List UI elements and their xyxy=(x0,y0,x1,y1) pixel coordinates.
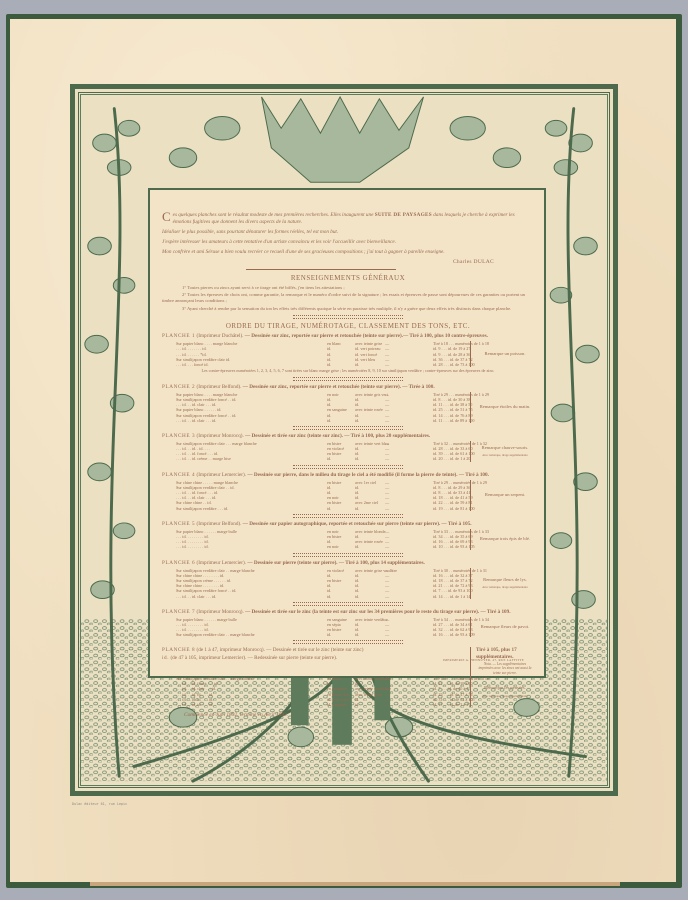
planche-8: PLANCHE 8 (de 1 à 47, imprimeur Monrocq)… xyxy=(162,647,534,707)
table-cell: id. xyxy=(355,362,385,367)
table-cell: . . . id. . . id. clair . . . id. xyxy=(162,594,327,599)
remark: Remarque étoiles du matin. xyxy=(470,392,534,423)
table-cell: id. xyxy=(355,544,385,549)
table-cell: id. xyxy=(327,456,355,461)
table-cell: id. xyxy=(355,594,385,599)
general-item: 3° Ayant cherché à rendre par la sensati… xyxy=(162,306,534,312)
divider xyxy=(293,553,403,557)
publisher-imprint: Dulac éditeur 61, rue Lepic xyxy=(72,802,127,806)
table-row: . . . id. . . . foncé id.id.id.—id. 28 .… xyxy=(162,362,467,367)
divider xyxy=(293,465,403,469)
general-item: 1° Toutes pierres ou zincs ayant servi à… xyxy=(162,285,534,291)
printer-credit: IMPRIMERIE A. HENNUYER, 47, RUE LAFFITTE xyxy=(443,658,524,662)
table-cell: id. 17 . . . id. de 1 à 17 xyxy=(433,702,467,707)
divider xyxy=(246,269,396,270)
table-cell: . . . id. . . id. clair . . . id. xyxy=(162,418,327,423)
table-cell: id. xyxy=(355,456,385,461)
table-cell: — xyxy=(385,594,433,599)
table-cell: id. xyxy=(355,506,385,511)
divider xyxy=(293,377,403,381)
table-cell: id. 16 . . . id. de 93 à 109 xyxy=(433,632,467,637)
planche-heading: PLANCHE 2 (Imprimeur Belfond). — Dessiné… xyxy=(162,384,534,391)
planche-5: PLANCHE 5 (Imprimeur Belfond). — Dessiné… xyxy=(162,521,534,557)
divider xyxy=(293,640,403,644)
table-cell: id. sanguine xyxy=(327,702,355,707)
general-info-title: RENSEIGNEMENTS GÉNÉRAUX xyxy=(162,274,534,283)
planche-4: PLANCHE 4 (Imprimeur Lemercier). — Dessi… xyxy=(162,472,534,518)
planche-2: PLANCHE 2 (Imprimeur Belfond). — Dessiné… xyxy=(162,384,534,430)
intro-section: Ces quelques planches sont le résultat m… xyxy=(162,212,534,270)
planche-8-rows: Sur similijapon verdâtre clair . . marge… xyxy=(162,676,467,707)
table-cell: Sur similijapon verdâtre clair . . marge… xyxy=(162,632,327,637)
signature: Charles DULAC xyxy=(162,259,494,266)
table-cell: — xyxy=(385,544,433,549)
divider xyxy=(293,426,403,430)
table-cell: id. xyxy=(327,506,355,511)
table-cell: . . . id. . . . . . . . . id. xyxy=(162,544,327,549)
intro-paragraph-1: Ces quelques planches sont le résultat m… xyxy=(162,212,534,226)
table-cell: id. xyxy=(327,594,355,599)
text-panel: Ces quelques planches sont le résultat m… xyxy=(148,188,546,678)
general-item: 2° Toutes les épreuves de choix ont, com… xyxy=(162,292,534,304)
table-cell: id. xyxy=(327,632,355,637)
remark: Remarque fleurs de lys.Avec remarque, ti… xyxy=(470,568,534,599)
table-cell: id. xyxy=(355,418,385,423)
table-cell: id. xyxy=(327,362,355,367)
planche-note: Les contre-épreuves numérotées 1, 2, 3, … xyxy=(162,368,534,374)
table-cell: . . . id. . . . foncé id. xyxy=(162,362,327,367)
planche-3: PLANCHE 3 (Imprimeur Monrocq). — Dessiné… xyxy=(162,433,534,469)
table-cell: en noir xyxy=(327,544,355,549)
remark: Remarque trois épis de blé. xyxy=(470,529,534,550)
table-cell: id. 28 . . . id. de 73 à 100 xyxy=(433,362,467,367)
planche-heading: PLANCHE 4 (Imprimeur Lemercier). — Dessi… xyxy=(162,472,534,479)
print-order-title: ORDRE DU TIRAGE, NUMÉROTAGE, CLASSEMENT … xyxy=(162,322,534,331)
table-cell: — xyxy=(385,418,433,423)
table-row: Sur similijapon verdâtre . . . id.id.id.… xyxy=(162,506,467,511)
table-cell: — xyxy=(385,456,433,461)
drop-cap: C xyxy=(162,212,171,222)
divider xyxy=(293,315,403,319)
table-cell: id. 14 . . . id. de 1 à 14 xyxy=(433,594,467,599)
general-info-list: 1° Toutes pierres ou zincs ayant servi à… xyxy=(162,285,534,312)
table-cell: id. xyxy=(355,632,385,637)
closing-dates: Commencé en Juin 1892, terminé en Avril … xyxy=(184,712,534,719)
planche-7: PLANCHE 7 (Imprimeur Monrocq). — Dessiné… xyxy=(162,609,534,645)
table-row: . . . id. . . id. crème . . marge biseid… xyxy=(162,456,467,461)
divider xyxy=(293,514,403,518)
divider xyxy=(293,602,403,606)
table-cell: id. 10 . . . id. de 93 à 105 xyxy=(433,544,467,549)
planche-heading: PLANCHE 1 (Imprimeur Duchâtel). — Dessin… xyxy=(162,333,534,340)
table-cell: . . . id. . . id. crème . . marge bise xyxy=(162,456,327,461)
table-row: Sur similijapon verdâtre clair . . marge… xyxy=(162,632,467,637)
table-cell: id. 19 . . . id. de 81 à 100 xyxy=(433,506,467,511)
table-cell: id. 11 . . . id. de 89 à 100 xyxy=(433,418,467,423)
intro-paragraph-2: Idéaliser le plus possible, sans pourtan… xyxy=(162,229,534,236)
planche-list: PLANCHE 1 (Imprimeur Duchâtel). — Dessin… xyxy=(162,333,534,644)
intro-paragraph-3: J'espère intéresser les amateurs à cette… xyxy=(162,239,534,246)
table-cell: . . . id. . . id. id. . . . id. xyxy=(162,702,327,707)
decorative-frame: Ces quelques planches sont le résultat m… xyxy=(70,84,618,796)
table-row: . . . id. . . id. clair . . . id.id.id.—… xyxy=(162,594,467,599)
intro-paragraph-4: Mon confrère et ami Séruse a bien voulu … xyxy=(162,249,534,256)
planche-6: PLANCHE 6 (Imprimeur Lemercier). — Dessi… xyxy=(162,560,534,606)
planche-heading: PLANCHE 7 (Imprimeur Monrocq). — Dessiné… xyxy=(162,609,534,616)
remark: Remarque un serpent. xyxy=(470,480,534,511)
remark: Remarque un poisson. xyxy=(470,341,534,367)
remark: Remarque fleurs de pavot. xyxy=(470,617,534,638)
table-cell: id. xyxy=(327,418,355,423)
table-row: . . . id. . . id. clair . . . id.id.id.—… xyxy=(162,418,467,423)
table-cell: — xyxy=(385,506,433,511)
table-cell: — xyxy=(385,362,433,367)
table-cell: id. xyxy=(355,702,385,707)
planche-heading: PLANCHE 5 (Imprimeur Belfond). — Dessiné… xyxy=(162,521,534,528)
planche-8-remark: Remarque les pensées. Avec remarque, tir… xyxy=(470,676,534,707)
table-row: . . . id. . . id. id. . . . id.id. sangu… xyxy=(162,702,467,707)
table-cell: — xyxy=(385,702,433,707)
planche-8-nota: Nota. — Les supplémentaires imprimées av… xyxy=(476,662,534,677)
table-cell: — xyxy=(385,632,433,637)
table-row: . . . id. . . . . . . . . id.en noirid.—… xyxy=(162,544,467,549)
remark: Remarque chauve-souris.Avec remarque, ti… xyxy=(470,441,534,462)
table-cell: id. 20 . . . id. de 1 à 20 xyxy=(433,456,467,461)
page-edge-strip xyxy=(90,882,620,886)
table-cell: Sur similijapon verdâtre . . . id. xyxy=(162,506,327,511)
series-title: SUITE DE PAYSAGES xyxy=(375,212,432,218)
planche-heading: PLANCHE 3 (Imprimeur Monrocq). — Dessiné… xyxy=(162,433,534,440)
planche-1: PLANCHE 1 (Imprimeur Duchâtel). — Dessin… xyxy=(162,333,534,381)
planche-heading: PLANCHE 6 (Imprimeur Lemercier). — Dessi… xyxy=(162,560,534,567)
